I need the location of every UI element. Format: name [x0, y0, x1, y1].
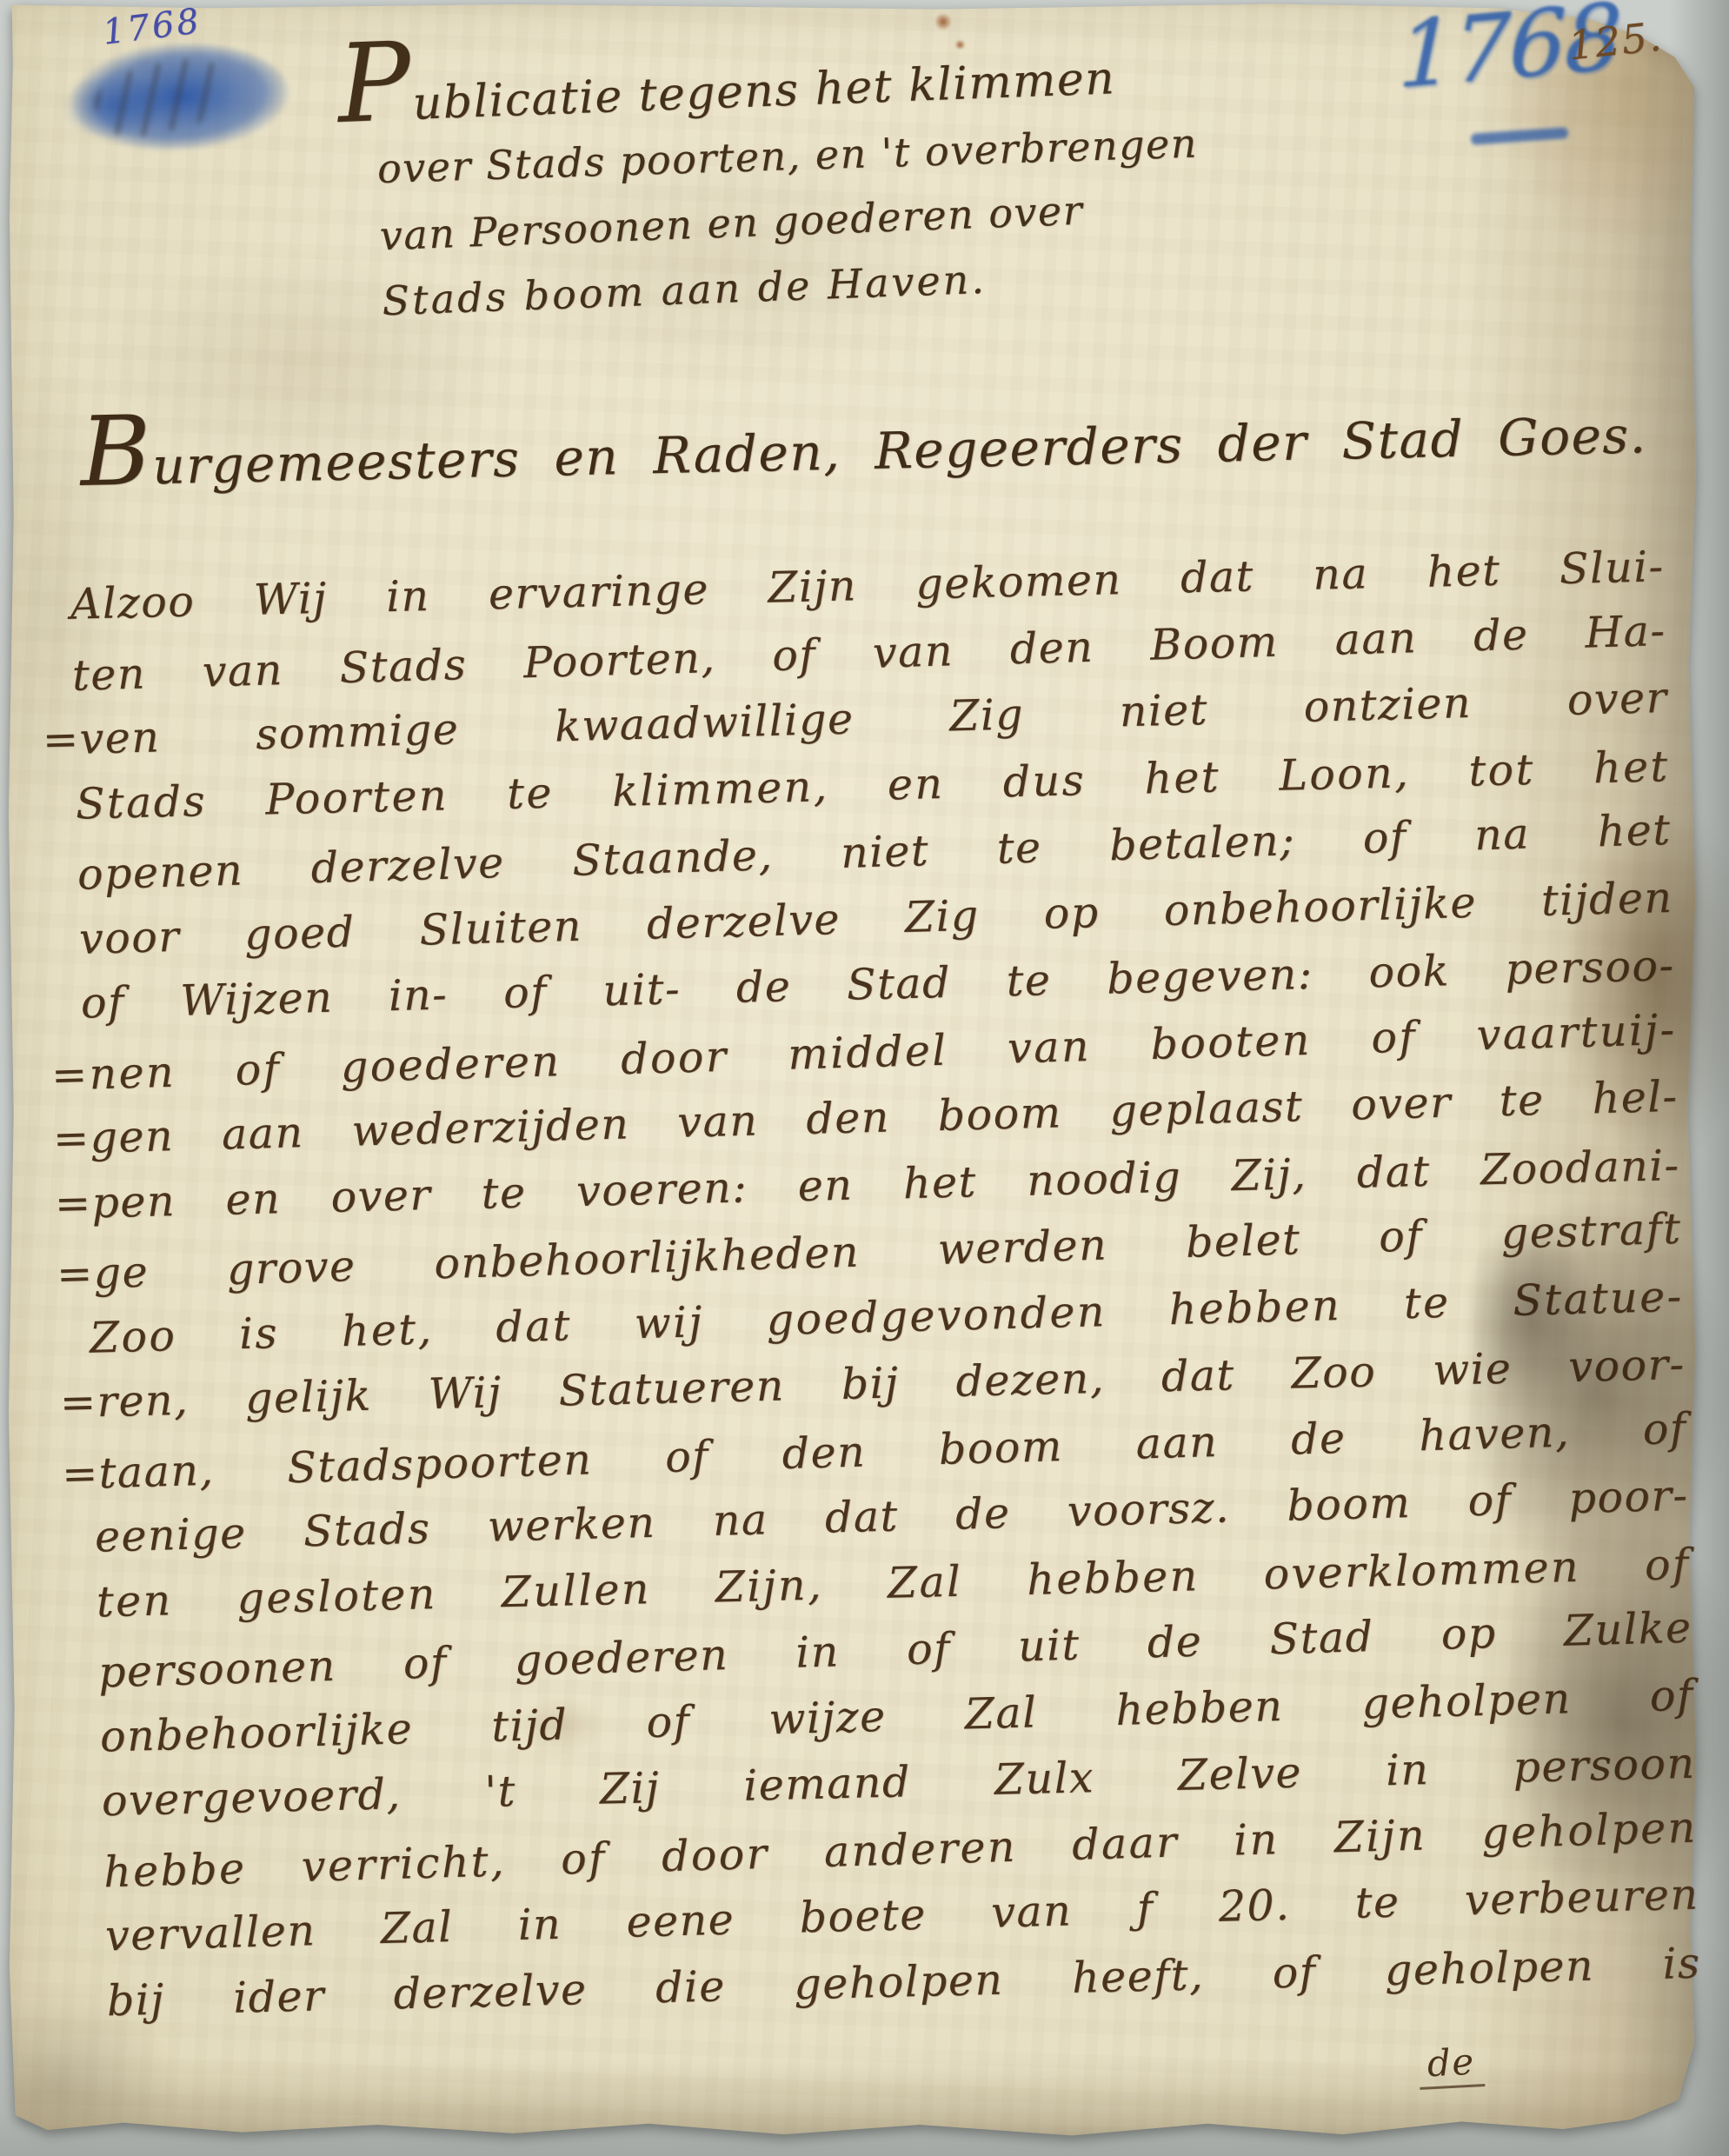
scanned-manuscript: Publicatie tegens het klimmenover Stads …	[0, 0, 1729, 2156]
ink-spot	[935, 12, 951, 31]
catchword: de	[1418, 2040, 1485, 2090]
body-text: Alzoo Wij in ervaringe Zijn gekomen dat …	[70, 532, 1701, 2036]
ink-spot	[954, 40, 966, 50]
folio-number: 125.	[1566, 12, 1664, 69]
title-block: Publicatie tegens het klimmenover Stads …	[337, 46, 1128, 336]
